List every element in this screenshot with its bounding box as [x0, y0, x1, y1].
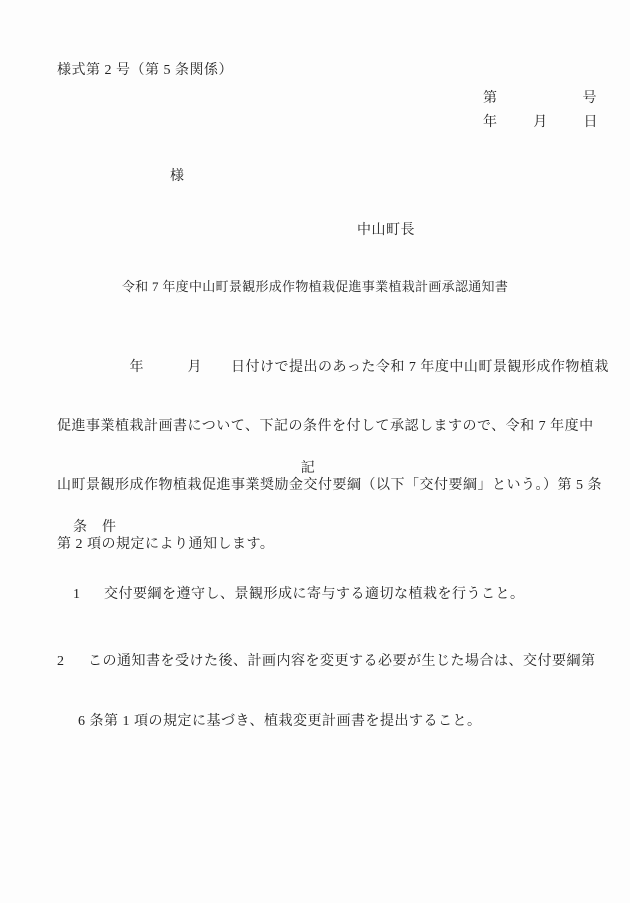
condition-number: 1 — [73, 587, 104, 603]
date-day-label: 日 — [584, 111, 599, 131]
condition-item: 2この通知書を受けた後、計画内容を変更する必要が生じた場合は、交付要綱第 6 条… — [57, 618, 596, 763]
condition-number: 2 — [57, 654, 88, 670]
document-number-line: 第 号 — [483, 87, 597, 107]
document-title: 令和 7 年度中山町景観形成作物植栽促進事業植栽計画承認通知書 — [0, 276, 630, 295]
doc-number-prefix: 第 — [483, 87, 498, 107]
body-line: 第 2 項の規定により通知します。 — [57, 531, 589, 558]
condition-text: 交付要綱を遵守し、景観形成に寄与する適切な植栽を行うこと。 — [104, 587, 525, 602]
ki-section-marker: 記 — [0, 457, 616, 477]
date-blank-line: 年 月 日 — [483, 111, 598, 131]
condition-item: 1交付要綱を遵守し、景観形成に寄与する適切な植栽を行うこと。 — [57, 567, 525, 619]
date-year-label: 年 — [483, 111, 498, 131]
body-paragraph: 年 月 日付けで提出のあった令和 7 年度中山町景観形成作物植栽 促進事業植栽計… — [57, 322, 589, 590]
doc-number-suffix: 号 — [583, 87, 598, 107]
condition-line: 2この通知書を受けた後、計画内容を変更する必要が生じた場合は、交付要綱第 — [57, 650, 596, 670]
conditions-heading: 条 件 — [73, 516, 117, 536]
body-line: 促進事業植栽計画書について、下記の条件を付して承認しますので、令和 7 年度中 — [57, 413, 589, 440]
date-month-label: 月 — [533, 111, 548, 131]
sender-title: 中山町長 — [357, 219, 415, 239]
document-page: 様式第 2 号（第 5 条関係） 第 号 年 月 日 様 中山町長 令和 7 年… — [0, 0, 630, 903]
condition-continuation-line: 6 条第 1 項の規定に基づき、植栽変更計画書を提出すること。 — [57, 712, 596, 731]
recipient-honorific: 様 — [170, 165, 185, 185]
condition-text: この通知書を受けた後、計画内容を変更する必要が生じた場合は、交付要綱第 — [88, 654, 596, 669]
form-number: 様式第 2 号（第 5 条関係） — [57, 59, 233, 79]
body-line: 年 月 日付けで提出のあった令和 7 年度中山町景観形成作物植栽 — [57, 354, 589, 381]
